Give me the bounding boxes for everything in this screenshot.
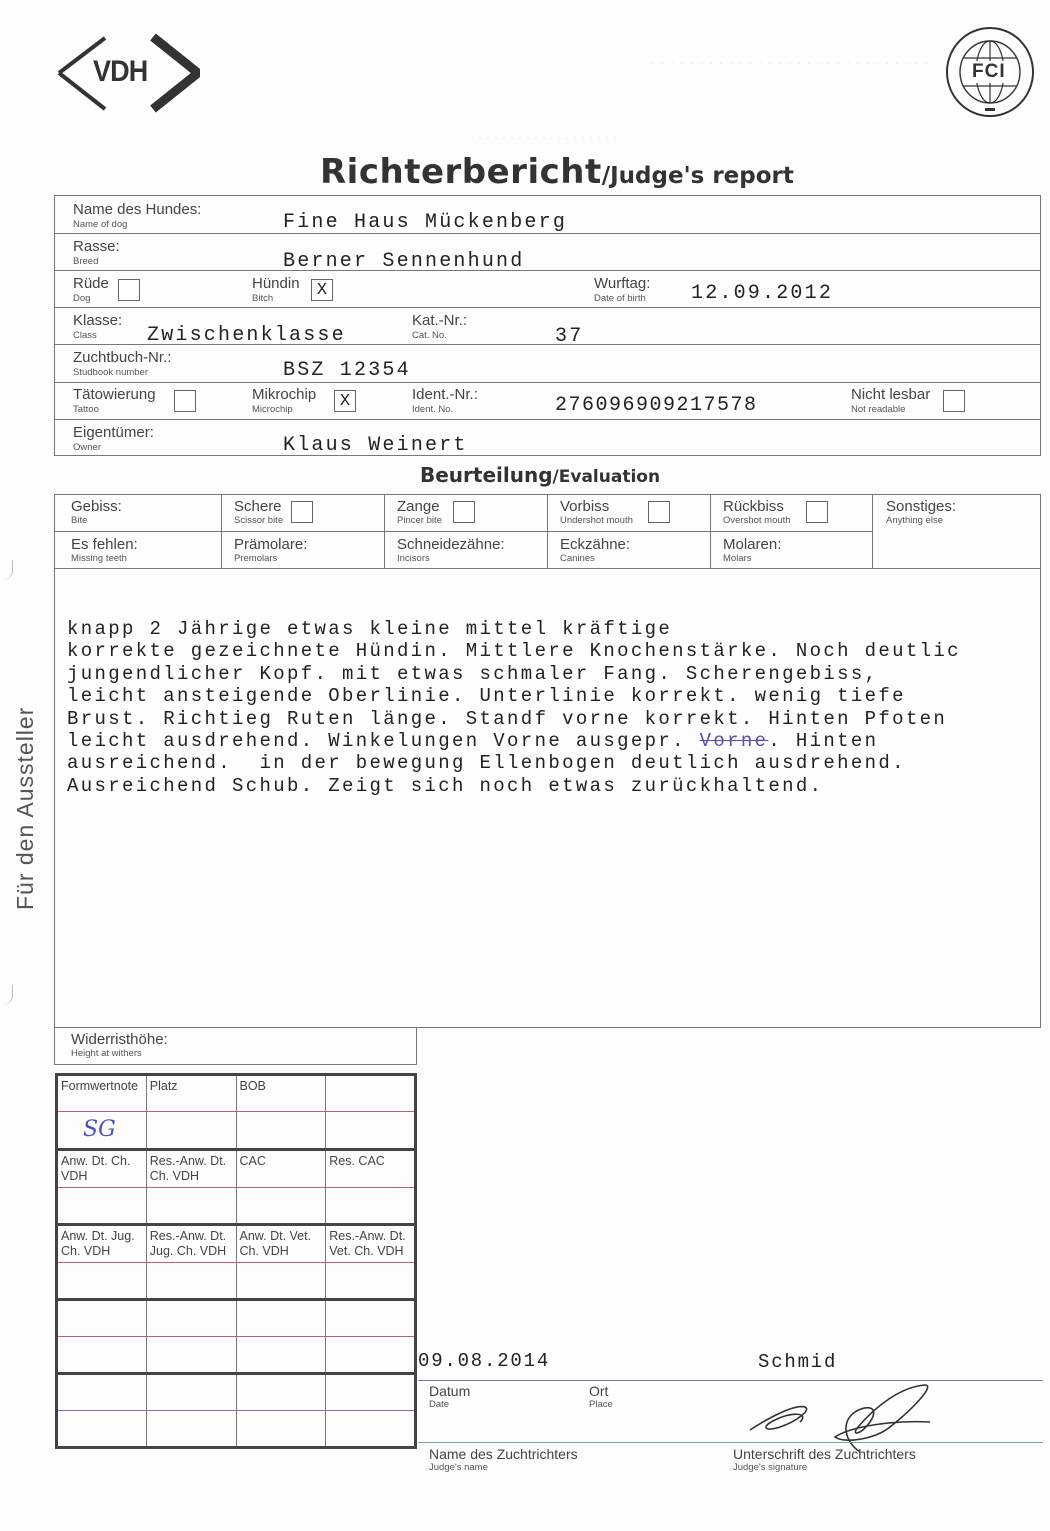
date-place-line	[418, 1380, 1043, 1381]
col-divider	[221, 494, 222, 568]
scissor-label: Schere	[234, 499, 282, 515]
birth-sublabel: Date of birth	[594, 293, 646, 304]
report-line: jungendlicher Kopf. mit etwas schmaler F…	[67, 663, 961, 685]
owner-value[interactable]: Klaus Weinert	[283, 434, 468, 457]
evaluation-title: Beurteilung/Evaluation	[420, 463, 660, 487]
ident-label: Ident.-Nr.:	[412, 387, 478, 403]
premolars-label: Prämolare:	[234, 537, 307, 553]
judge-name-sublabel: Judge's name	[429, 1462, 488, 1473]
birth-value[interactable]: 12.09.2012	[691, 282, 833, 305]
female-checkbox[interactable]: X	[311, 279, 333, 301]
vdh-logo: VDH	[55, 33, 200, 113]
award-value-cell[interactable]	[326, 1263, 416, 1300]
placement-header: Platz	[146, 1075, 236, 1112]
microchip-sublabel: Microchip	[252, 404, 293, 415]
breed-value[interactable]: Berner Sennenhund	[283, 250, 524, 273]
studbook-sublabel: Studbook number	[73, 367, 148, 378]
placement-value-cell[interactable]	[146, 1112, 236, 1150]
report-line: ausreichend. in der bewegung Ellenbogen …	[67, 752, 961, 774]
row-divider	[54, 419, 1041, 420]
other-label: Sonstiges:	[886, 499, 956, 515]
blank-cell[interactable]	[146, 1300, 236, 1337]
title-de: Richterbericht	[320, 152, 602, 192]
blank-cell[interactable]	[57, 1411, 147, 1448]
blank-cell[interactable]	[236, 1411, 326, 1448]
award-res-anw-vet-ch: Res.-Anw. Dt. Vet. Ch. VDH	[326, 1225, 416, 1263]
unreadable-checkbox[interactable]	[943, 390, 965, 412]
report-line: leicht ausdrehend. Winkelungen Vorne aus…	[67, 730, 961, 752]
col-divider	[710, 494, 711, 568]
bite-label: Gebiss:	[71, 499, 122, 515]
bite-section-divider	[54, 568, 1041, 569]
bite-row-divider	[54, 531, 872, 532]
grade-header: Formwertnote	[57, 1075, 147, 1112]
bleed-through-text-2: · · · · · · · · · · · · · · · · · · ·	[470, 130, 617, 145]
award-anw-dt-ch: Anw. Dt. Ch. VDH	[57, 1150, 147, 1188]
withers-label: Widerristhöhe:	[71, 1032, 168, 1048]
studbook-value[interactable]: BSZ 12354	[283, 359, 411, 382]
pincer-sublabel: Pincer bite	[397, 515, 442, 526]
canines-sublabel: Canines	[560, 553, 595, 564]
missing-teeth-sublabel: Missing teeth	[71, 553, 127, 564]
evaluation-title-de: Beurteilung	[420, 463, 553, 487]
female-label: Hündin	[252, 276, 300, 292]
fci-logo: FCI	[945, 26, 1035, 118]
blank-header	[326, 1075, 416, 1112]
grade-value-cell[interactable]: SG	[57, 1112, 147, 1150]
report-line: Ausreichend Schub. Zeigt sich noch etwas…	[67, 775, 961, 797]
dog-name-label: Name des Hundes:	[73, 202, 201, 218]
breed-sublabel: Breed	[73, 256, 98, 267]
other-sublabel: Anything else	[886, 515, 943, 526]
pincer-checkbox[interactable]	[453, 501, 475, 523]
dog-name-value[interactable]: Fine Haus Mückenberg	[283, 211, 567, 234]
dog-name-sublabel: Name of dog	[73, 219, 127, 230]
overshot-checkbox[interactable]	[806, 501, 828, 523]
award-value-cell[interactable]	[236, 1263, 326, 1300]
bleed-through-text: · · · · · · · · · · · · · · · · · · · · …	[650, 55, 929, 73]
place-label: Ort	[589, 1383, 608, 1399]
undershot-label: Vorbiss	[560, 499, 609, 515]
incisors-sublabel: Incisors	[397, 553, 430, 564]
birth-label: Wurftag:	[594, 276, 650, 292]
catno-value[interactable]: 37	[555, 325, 583, 348]
premolars-sublabel: Premolars	[234, 553, 277, 564]
catno-sublabel: Cat. No.	[412, 330, 447, 341]
award-value-cell[interactable]	[57, 1188, 147, 1225]
row-divider	[54, 270, 1041, 271]
ident-value[interactable]: 276096909217578	[555, 394, 758, 417]
date-value[interactable]: 09.08.2014	[418, 1350, 550, 1372]
blank-cell[interactable]	[57, 1374, 147, 1411]
report-line: leicht ansteigende Oberlinie. Unterlinie…	[67, 685, 961, 707]
owner-label: Eigentümer:	[73, 425, 154, 441]
blank-cell[interactable]	[326, 1411, 416, 1448]
male-checkbox[interactable]	[118, 279, 140, 301]
report-line-tail: . Hinten	[768, 730, 878, 752]
bite-sublabel: Bite	[71, 515, 87, 526]
judge-signature-sublabel: Judge's signature	[733, 1462, 807, 1473]
row-divider	[54, 382, 1041, 383]
male-sublabel: Dog	[73, 293, 90, 304]
award-value-cell[interactable]	[236, 1188, 326, 1225]
judge-signature-label: Unterschrift des Zuchtrichters	[733, 1446, 916, 1462]
overshot-label: Rückbiss	[723, 499, 784, 515]
blank-cell[interactable]	[57, 1300, 147, 1337]
award-value-cell[interactable]	[146, 1263, 236, 1300]
blank-cell[interactable]	[236, 1337, 326, 1374]
pincer-label: Zange	[397, 499, 440, 515]
bob-value-cell[interactable]	[236, 1112, 326, 1150]
judge-name-label: Name des Zuchtrichters	[429, 1446, 578, 1462]
blank-value-cell[interactable]	[326, 1112, 416, 1150]
evaluation-title-en: /Evaluation	[553, 467, 661, 487]
studbook-label: Zuchtbuch-Nr.:	[73, 350, 171, 366]
tattoo-label: Tätowierung	[73, 387, 156, 403]
ident-sublabel: Ident. No.	[412, 404, 453, 415]
col-divider	[872, 494, 873, 568]
award-value-cell[interactable]	[57, 1263, 147, 1300]
scissor-sublabel: Scissor bite	[234, 515, 283, 526]
struck-out-word: Vorne	[700, 730, 769, 752]
title-en: /Judge's report	[602, 163, 794, 189]
report-line: korrekte gezeichnete Hündin. Mittlere Kn…	[67, 640, 961, 662]
grade-value: SG	[83, 1117, 116, 1142]
award-value-cell[interactable]	[326, 1188, 416, 1225]
overshot-sublabel: Overshot mouth	[723, 515, 791, 526]
class-value[interactable]: Zwischenklasse	[147, 324, 346, 347]
page-title: Richterbericht/Judge's report	[320, 152, 794, 192]
blank-cell[interactable]	[326, 1374, 416, 1411]
award-res-anw-dt-ch: Res.-Anw. Dt. Ch. VDH	[146, 1150, 236, 1188]
punch-mark	[0, 560, 13, 580]
award-cac: CAC	[236, 1150, 326, 1188]
award-anw-jug-ch: Anw. Dt. Jug. Ch. VDH	[57, 1225, 147, 1263]
molars-sublabel: Molars	[723, 553, 752, 564]
breed-label: Rasse:	[73, 239, 120, 255]
report-line-head: leicht ausdrehend. Winkelungen Vorne aus…	[67, 730, 700, 752]
blank-cell[interactable]	[146, 1374, 236, 1411]
fci-logo-text: FCI	[972, 61, 1006, 83]
blank-cell[interactable]	[146, 1411, 236, 1448]
blank-cell[interactable]	[326, 1337, 416, 1374]
awards-table: Formwertnote Platz BOB SG Anw. Dt. Ch. V…	[55, 1073, 417, 1449]
microchip-checkbox[interactable]: X	[334, 390, 356, 412]
col-divider	[547, 494, 548, 568]
tattoo-checkbox[interactable]	[174, 390, 196, 412]
microchip-label: Mikrochip	[252, 387, 316, 403]
blank-cell[interactable]	[236, 1300, 326, 1337]
vdh-logo-text: VDH	[93, 55, 147, 89]
scissor-checkbox[interactable]	[291, 501, 313, 523]
blank-cell[interactable]	[326, 1300, 416, 1337]
female-sublabel: Bitch	[252, 293, 273, 304]
date-label: Datum	[429, 1383, 470, 1399]
tattoo-sublabel: Tattoo	[73, 404, 99, 415]
award-res-anw-jug-ch: Res.-Anw. Dt. Jug. Ch. VDH	[146, 1225, 236, 1263]
row-divider	[54, 307, 1041, 308]
unreadable-label: Nicht lesbar	[851, 387, 930, 403]
judge-line	[418, 1442, 1043, 1443]
blank-cell[interactable]	[57, 1337, 147, 1374]
incisors-label: Schneidezähne:	[397, 537, 505, 553]
date-sublabel: Date	[429, 1399, 449, 1410]
blank-cell[interactable]	[146, 1337, 236, 1374]
punch-mark	[0, 985, 13, 1005]
award-res-cac: Res. CAC	[326, 1150, 416, 1188]
judge-name-value[interactable]: Schmid	[758, 1351, 837, 1373]
withers-sublabel: Height at withers	[71, 1048, 142, 1059]
class-sublabel: Class	[73, 330, 97, 341]
place-sublabel: Place	[589, 1399, 613, 1410]
exhibitor-copy-label: Für den Aussteller	[12, 707, 39, 910]
molars-label: Molaren:	[723, 537, 781, 553]
owner-sublabel: Owner	[73, 442, 101, 453]
catno-label: Kat.-Nr.:	[412, 313, 467, 329]
undershot-checkbox[interactable]	[648, 501, 670, 523]
award-value-cell[interactable]	[146, 1188, 236, 1225]
evaluation-report-text[interactable]: knapp 2 Jährige etwas kleine mittel kräf…	[67, 618, 961, 797]
bob-header: BOB	[236, 1075, 326, 1112]
canines-label: Eckzähne:	[560, 537, 630, 553]
unreadable-sublabel: Not readable	[851, 404, 905, 415]
blank-cell[interactable]	[236, 1374, 326, 1411]
award-anw-vet-ch: Anw. Dt. Vet. Ch. VDH	[236, 1225, 326, 1263]
undershot-sublabel: Undershot mouth	[560, 515, 633, 526]
report-line: Brust. Richtieg Ruten länge. Standf vorn…	[67, 708, 961, 730]
class-label: Klasse:	[73, 313, 122, 329]
col-divider	[384, 494, 385, 568]
report-line: knapp 2 Jährige etwas kleine mittel kräf…	[67, 618, 961, 640]
missing-teeth-label: Es fehlen:	[71, 537, 138, 553]
male-label: Rüde	[73, 276, 109, 292]
